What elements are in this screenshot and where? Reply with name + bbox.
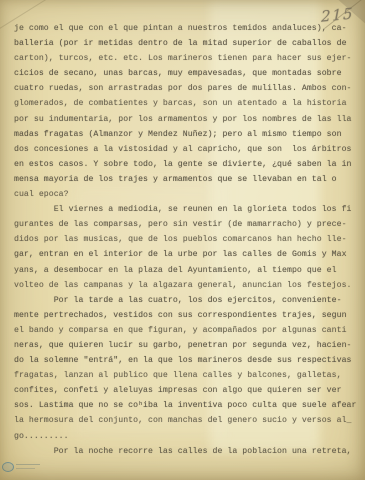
text-line: por su indumentaria, por los armamentos … — [14, 112, 362, 127]
text-line: cicios de secano, unas barcas, muy empav… — [14, 66, 362, 81]
scanned-page: 215 je como el que con el que pintan a n… — [0, 0, 365, 480]
text-line: Por la noche recorre las calles de la po… — [14, 444, 362, 459]
text-line: mente pertrechados, vestidos con sus cor… — [14, 308, 362, 323]
text-line: do la solemne "entrá", en la que los mar… — [14, 353, 362, 368]
text-line: go......... — [14, 429, 362, 444]
text-line: yans, a desembocar en la plaza del Ayunt… — [14, 263, 362, 278]
text-line: en estos casos. Y sobre todo, la gente s… — [14, 157, 362, 172]
text-line: neras, que quieren lucir su garbo, penet… — [14, 338, 362, 353]
text-line: je como el que con el que pintan a nuest… — [14, 21, 362, 36]
text-line: volteo de las campanas y la algazara gen… — [14, 278, 362, 293]
text-line: Por la tarde a las cuatro, los dos ejerc… — [14, 293, 362, 308]
text-line: cual epoca? — [14, 187, 362, 202]
text-line: gar, entran en el interior de la urbe po… — [14, 247, 362, 262]
library-stamp-icon — [2, 459, 44, 473]
text-line: carton), turcos, etc. etc. Los marineros… — [14, 51, 362, 66]
text-line: madas fragatas (Almanzor y Mendez Nuñez)… — [14, 127, 362, 142]
text-line: fragatas, lanzan al publico que llena ca… — [14, 368, 362, 383]
stamp-ellipse-icon — [2, 462, 14, 472]
text-line: gurantes de las comparsas, pero sin vest… — [14, 217, 362, 232]
text-line: dos concesiones a la vistosidad y al cap… — [14, 142, 362, 157]
text-line: El viernes a mediodia, se reunen en la g… — [14, 202, 362, 217]
text-line: balleria (por ir metidas dentro de la mi… — [14, 36, 362, 51]
stamp-text-line — [16, 464, 40, 465]
text-line: el bando y comparsa en que figuran, y ac… — [14, 323, 362, 338]
text-line: glomerados, de combatientes y barcas, so… — [14, 96, 362, 111]
text-line: cuatro ruedas, son arrastradas por dos p… — [14, 81, 362, 96]
text-line: confites, confeti y aleluyas impresas co… — [14, 383, 362, 398]
stamp-text-line — [16, 468, 35, 469]
text-line: mensa mayoria de los trajes y armamentos… — [14, 172, 362, 187]
text-line: la hermosura del conjunto, con manchas d… — [14, 413, 362, 428]
text-line: didos por las musicas, que de los pueblo… — [14, 232, 362, 247]
typewritten-text: je como el que con el que pintan a nuest… — [14, 21, 362, 459]
text-line: sos. Lastima que no se coʰiba la inventi… — [14, 398, 362, 413]
